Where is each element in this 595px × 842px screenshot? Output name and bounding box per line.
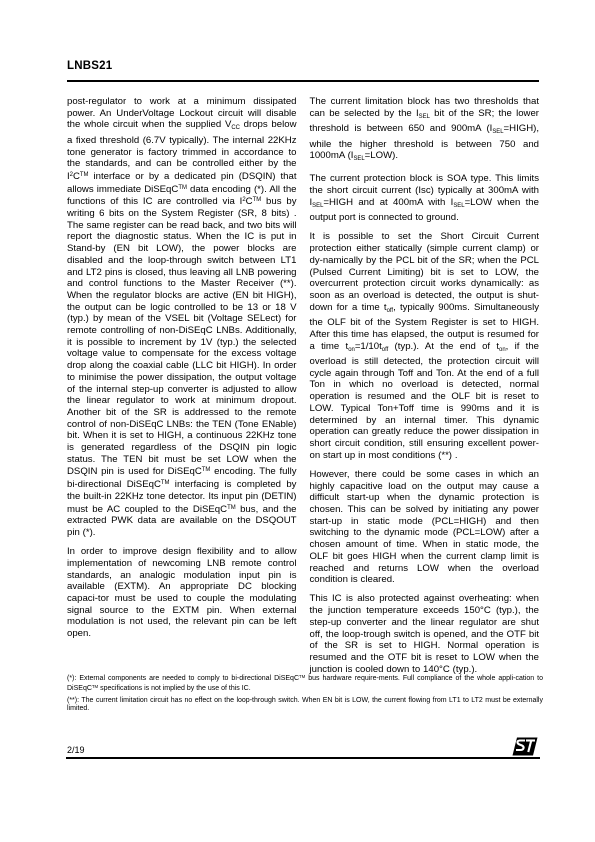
left-column: post-regulator to work at a minimum diss…	[67, 96, 297, 683]
body-paragraph: The current protection block is SOA type…	[310, 173, 540, 224]
st-logo-icon	[512, 737, 538, 756]
body-paragraph: It is possible to set the Short Circuit …	[310, 231, 540, 461]
body-paragraph: However, there could be some cases in wh…	[310, 469, 540, 586]
footnotes-block: (*): External components are needed to c…	[67, 673, 543, 717]
body-paragraph: post-regulator to work at a minimum diss…	[67, 96, 297, 539]
header-rule	[67, 80, 539, 82]
page-header: LNBS21	[67, 60, 539, 82]
footer-rule	[66, 757, 540, 759]
footnote: (*): External components are needed to c…	[67, 673, 543, 694]
datasheet-page: LNBS21 post-regulator to work at a minim…	[0, 0, 595, 842]
part-number-title: LNBS21	[67, 60, 539, 72]
body-paragraph: In order to improve design flexibility a…	[67, 546, 297, 640]
body-columns: post-regulator to work at a minimum diss…	[67, 96, 539, 683]
right-column: The current limitation block has two thr…	[310, 96, 540, 683]
page-number: 2/19	[67, 745, 85, 755]
footnote: (**): The current limitation circuit has…	[67, 697, 543, 714]
body-paragraph: The current limitation block has two thr…	[310, 96, 540, 166]
body-paragraph: This IC is also protected against overhe…	[310, 593, 540, 675]
